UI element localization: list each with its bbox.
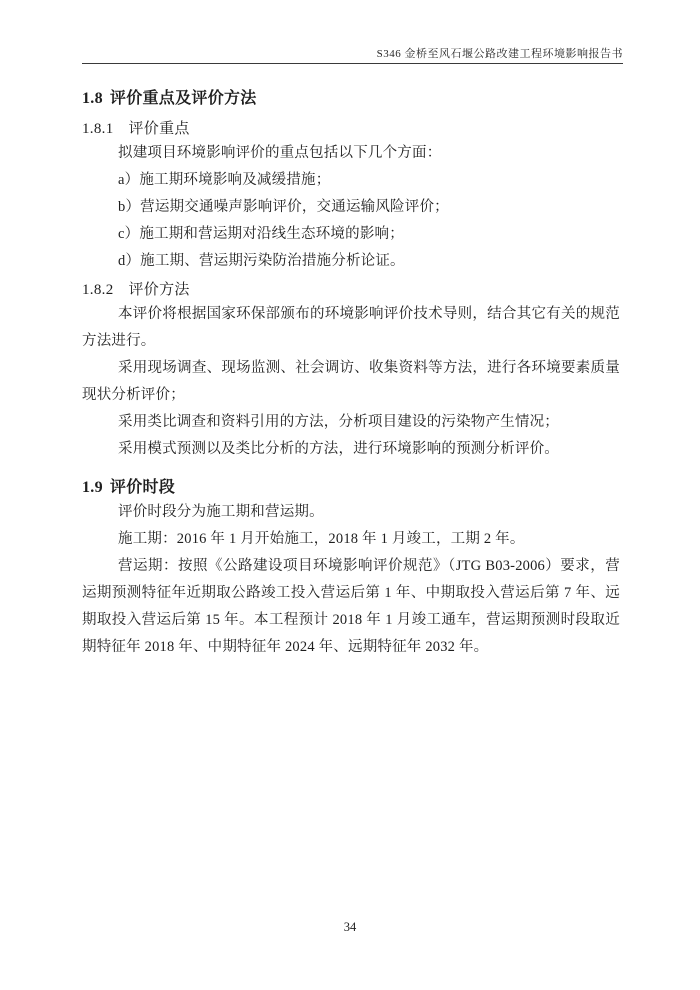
list-item-d: d）施工期、营运期污染防治措施分析论证。 (82, 248, 620, 275)
paragraph-method-survey: 采用现场调查、现场监测、社会调访、收集资料等方法，进行各环境要素质量现状分析评价… (82, 355, 620, 409)
section-title: 评价时段 (110, 479, 175, 496)
section-heading-1-8: 1.8评价重点及评价方法 (82, 88, 620, 110)
page-content: 1.8评价重点及评价方法 1.8.1评价重点 拟建项目环境影响评价的重点包括以下… (82, 64, 620, 661)
subsection-number: 1.8.1 (82, 121, 114, 137)
page-number: 34 (0, 920, 700, 935)
paragraph-method-prediction: 采用模式预测以及类比分析的方法，进行环境影响的预测分析评价。 (82, 436, 620, 463)
list-item-b: b）营运期交通噪声影响评价，交通运输风险评价； (82, 194, 620, 221)
list-item-c: c）施工期和营运期对沿线生态环境的影响； (82, 221, 620, 248)
paragraph-method-basis: 本评价将根据国家环保部颁布的环境影响评价技术导则，结合其它有关的规范方法进行。 (82, 301, 620, 355)
document-page: S346 金桥至风石堰公路改建工程环境影响报告书 1.8评价重点及评价方法 1.… (0, 0, 700, 990)
section-number: 1.8 (82, 90, 103, 107)
paragraph-operation-period: 营运期：按照《公路建设项目环境影响评价规范》（JTG B03-2006）要求，营… (82, 553, 620, 661)
subsection-title: 评价重点 (129, 121, 190, 137)
section-number: 1.9 (82, 479, 103, 496)
page-number-value: 34 (344, 920, 357, 934)
paragraph-construction-period: 施工期：2016 年 1 月开始施工，2018 年 1 月竣工，工期 2 年。 (82, 526, 620, 553)
running-header: S346 金桥至风石堰公路改建工程环境影响报告书 (82, 47, 623, 64)
subsection-number: 1.8.2 (82, 282, 114, 298)
report-title: S346 金桥至风石堰公路改建工程环境影响报告书 (377, 48, 623, 60)
paragraph-periods: 评价时段分为施工期和营运期。 (82, 499, 620, 526)
subsection-title: 评价方法 (129, 282, 190, 298)
subsection-heading-1-8-1: 1.8.1评价重点 (82, 118, 620, 140)
list-item-a: a）施工期环境影响及减缓措施； (82, 167, 620, 194)
section-title: 评价重点及评价方法 (110, 90, 257, 107)
paragraph-method-analogy: 采用类比调查和资料引用的方法，分析项目建设的污染物产生情况； (82, 409, 620, 436)
paragraph-intro-key-points: 拟建项目环境影响评价的重点包括以下几个方面： (82, 140, 620, 167)
section-heading-1-9: 1.9评价时段 (82, 477, 620, 499)
subsection-heading-1-8-2: 1.8.2评价方法 (82, 279, 620, 301)
